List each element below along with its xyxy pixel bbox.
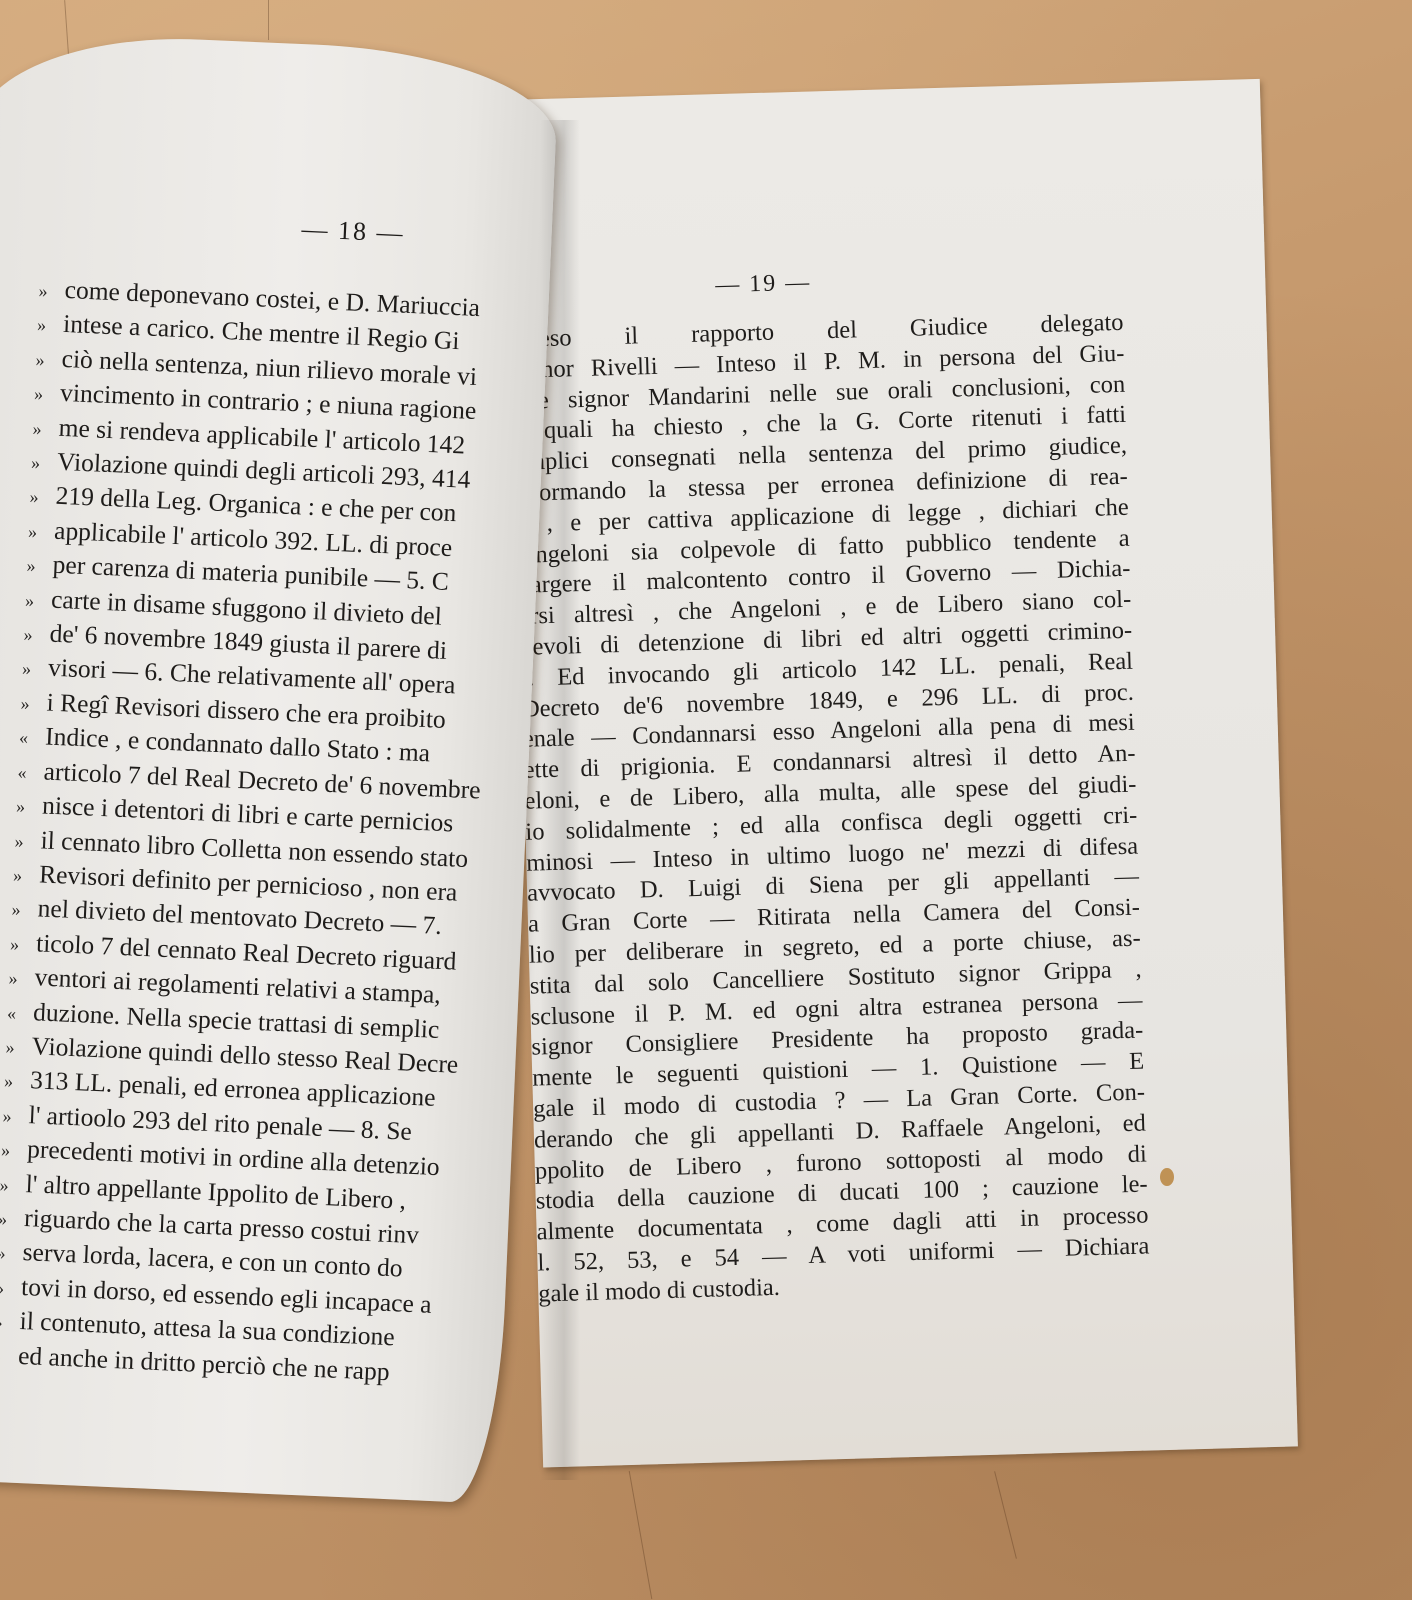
guillemet-marker: »: [38, 276, 65, 309]
guillemet-marker: «: [17, 757, 44, 790]
guillemet-marker: »: [11, 895, 38, 928]
wood-grain: [994, 1471, 1017, 1559]
left-page-text: »come deponevano costei, e D. Mariuccia»…: [0, 273, 559, 1396]
foxing-stain: [1160, 1168, 1174, 1186]
guillemet-marker: »: [0, 1170, 26, 1203]
guillemet-marker: »: [0, 1307, 20, 1340]
guillemet-marker: »: [27, 516, 54, 549]
guillemet-marker: »: [36, 310, 63, 343]
guillemet-marker: »: [30, 448, 57, 481]
guillemet-marker: »: [2, 1101, 29, 1134]
guillemet-marker: »: [23, 620, 50, 653]
wood-grain: [268, 0, 269, 40]
right-page-text: Inteso il rapporto del Giudice delegatos…: [511, 308, 1150, 1310]
guillemet-marker: »: [21, 654, 48, 687]
left-page: — 18 — »come deponevano costei, e D. Mar…: [0, 30, 559, 1504]
guillemet-marker: »: [5, 1032, 32, 1065]
guillemet-marker: »: [32, 413, 59, 446]
guillemet-marker: «: [6, 998, 33, 1031]
guillemet-marker: »: [35, 345, 62, 378]
guillemet-marker: »: [15, 791, 42, 824]
right-page: — 19 — Inteso il rapporto del Giudice de…: [505, 79, 1298, 1468]
guillemet-marker: »: [26, 551, 53, 584]
guillemet-marker: »: [8, 963, 35, 996]
guillemet-marker: »: [24, 585, 51, 618]
guillemet-marker: »: [0, 1273, 22, 1306]
guillemet-marker: »: [3, 1066, 30, 1099]
guillemet-marker: »: [9, 929, 36, 962]
page-number: — 19 —: [715, 270, 812, 300]
guillemet-marker: »: [33, 379, 60, 412]
wood-grain: [629, 1471, 653, 1599]
guillemet-marker: »: [0, 1135, 27, 1168]
page-number: — 18 —: [301, 214, 405, 248]
guillemet-marker: »: [12, 860, 39, 893]
guillemet-marker: »: [0, 1204, 25, 1237]
guillemet-marker: »: [20, 688, 47, 721]
guillemet-marker: »: [29, 482, 56, 515]
guillemet-marker: »: [0, 1238, 23, 1271]
guillemet-marker: »: [0, 1341, 19, 1374]
guillemet-marker: «: [18, 723, 45, 756]
guillemet-marker: »: [14, 826, 41, 859]
